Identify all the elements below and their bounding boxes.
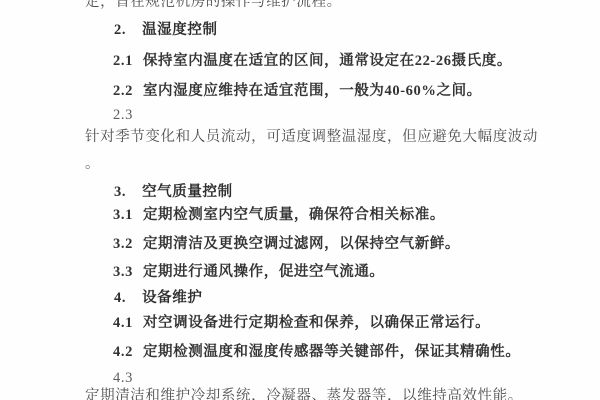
item-text: 定期进行通风操作，促进空气流通。 bbox=[143, 264, 385, 280]
doc-item-4-3-number: 4.3 bbox=[113, 370, 133, 386]
doc-line-partial-bottom: 定期清洁和维护冷却系统，冷凝器、蒸发器等，以维持高效性能。 bbox=[85, 388, 523, 400]
section-number: 4. bbox=[114, 290, 126, 306]
doc-line-partial-top: 定，旨在规范机房的操作与维护流程。 bbox=[85, 0, 342, 10]
section-heading-4: 4.设备维护 bbox=[114, 290, 202, 306]
section-title: 空气质量控制 bbox=[142, 184, 233, 200]
item-text: 定期检测室内空气质量，确保符合相关标准。 bbox=[143, 207, 445, 223]
item-number: 2.2 bbox=[113, 83, 133, 99]
item-text: 定期清洁及更换空调过滤网，以保持空气新鲜。 bbox=[143, 236, 460, 252]
item-text: 对空调设备进行定期检查和保养，以确保正常运行。 bbox=[143, 315, 490, 331]
section-title: 设备维护 bbox=[142, 290, 202, 306]
doc-item-2-1: 2.1保持室内温度在适宜的区间，通常设定在22-26摄氏度。 bbox=[113, 53, 512, 69]
item-text: 定期检测温度和湿度传感器等关键部件，保证其精确性。 bbox=[143, 344, 521, 360]
doc-item-2-2: 2.2室内湿度应维持在适宜范围，一般为40-60%之间。 bbox=[113, 83, 482, 99]
doc-paragraph-2-3-continuation: 。 bbox=[85, 156, 100, 172]
section-title: 温湿度控制 bbox=[142, 22, 218, 38]
item-number: 3.2 bbox=[113, 236, 133, 252]
section-heading-3: 3.空气质量控制 bbox=[114, 184, 233, 200]
doc-item-2-3-number: 2.3 bbox=[113, 107, 133, 123]
section-number: 3. bbox=[114, 184, 126, 200]
item-text: 保持室内温度在适宜的区间，通常设定在22-26摄氏度。 bbox=[143, 53, 512, 69]
item-number: 3.1 bbox=[113, 207, 133, 223]
doc-item-4-1: 4.1对空调设备进行定期检查和保养，以确保正常运行。 bbox=[113, 315, 490, 331]
section-number: 2. bbox=[114, 22, 126, 38]
item-text: 室内湿度应维持在适宜范围，一般为40-60%之间。 bbox=[143, 83, 482, 99]
section-heading-2: 2.温湿度控制 bbox=[114, 22, 218, 38]
item-number: 3.3 bbox=[113, 264, 133, 280]
doc-item-3-2: 3.2定期清洁及更换空调过滤网，以保持空气新鲜。 bbox=[113, 236, 460, 252]
item-number: 2.1 bbox=[113, 53, 133, 69]
doc-item-3-1: 3.1定期检测室内空气质量，确保符合相关标准。 bbox=[113, 207, 445, 223]
item-number: 4.1 bbox=[113, 315, 133, 331]
item-number: 4.2 bbox=[113, 344, 133, 360]
doc-item-3-3: 3.3定期进行通风操作，促进空气流通。 bbox=[113, 264, 385, 280]
doc-item-4-2: 4.2定期检测温度和湿度传感器等关键部件，保证其精确性。 bbox=[113, 344, 520, 360]
doc-paragraph-2-3: 针对季节变化和人员流动，可适度调整温湿度，但应避免大幅度波动 bbox=[85, 129, 538, 145]
document-page: 定，旨在规范机房的操作与维护流程。 2.温湿度控制 2.1保持室内温度在适宜的区… bbox=[0, 0, 600, 400]
